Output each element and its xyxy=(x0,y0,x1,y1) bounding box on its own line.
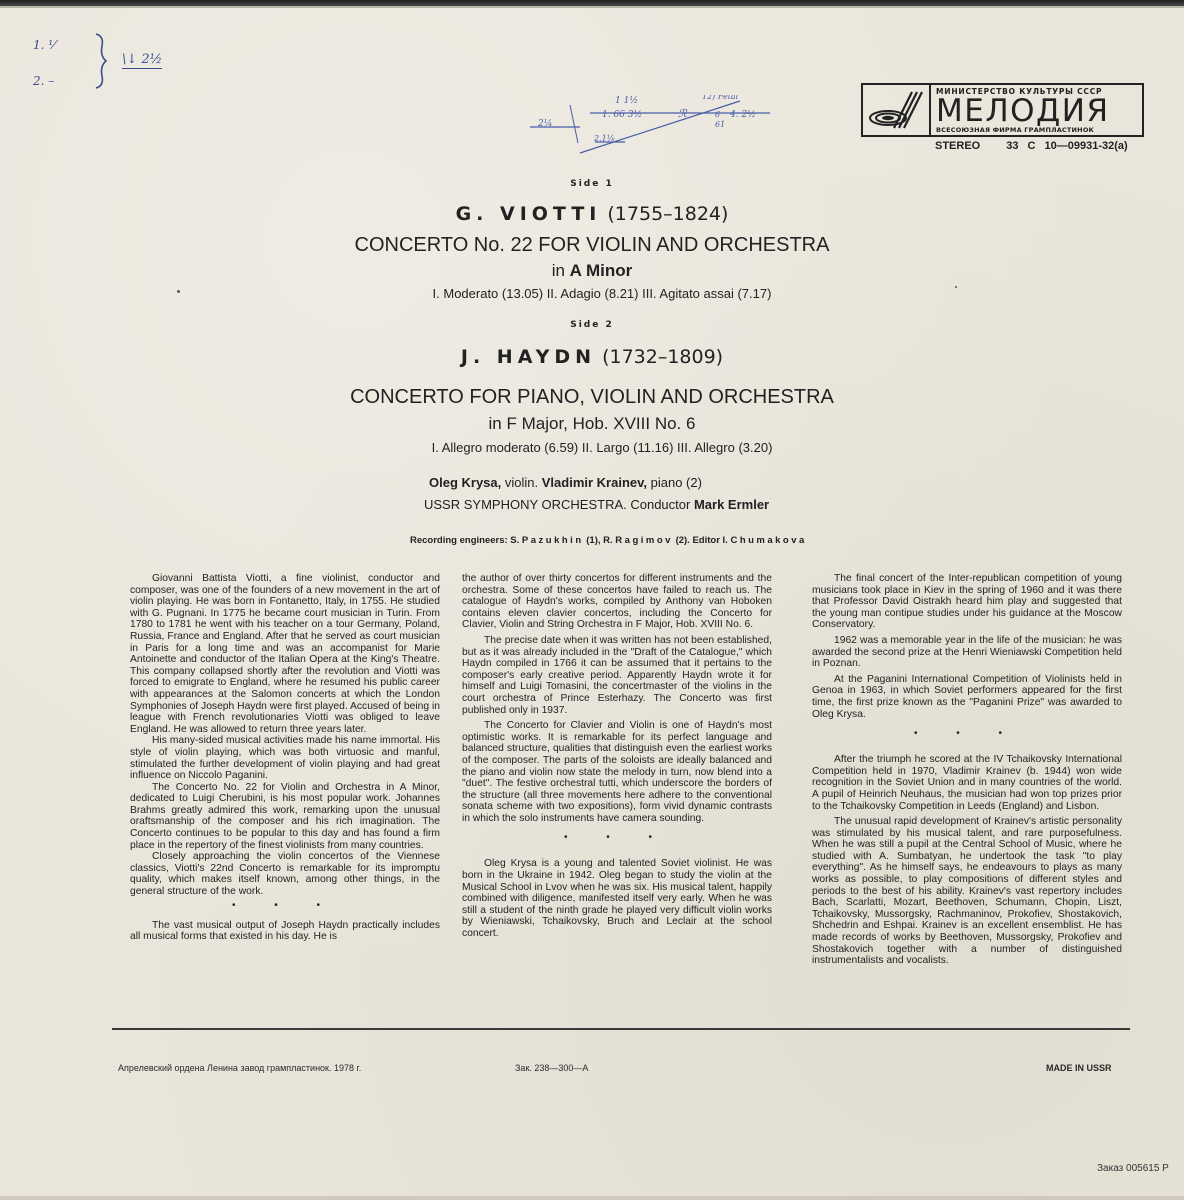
side2-composer-name: J. HAYDN xyxy=(461,346,596,368)
logo-name: МЕЛОДИЯ xyxy=(936,96,1142,126)
paper-speck xyxy=(955,286,957,288)
side1-work-title: CONCERTO No. 22 FOR VIOLIN AND ORCHESTRA xyxy=(0,234,1184,257)
liner-paragraph: 1962 was a memorable year in the life of… xyxy=(812,635,1122,670)
pressing-plant: Апрелевский ордена Ленина завод грамплас… xyxy=(118,1063,361,1073)
liner-paragraph: At the Paganini International Competitio… xyxy=(812,674,1122,720)
catalog-info: STEREO33 C 10—09931-32(a) xyxy=(935,140,1128,152)
logo-firm-text: ВСЕСОЮЗНАЯ ФИРМА ГРАМПЛАСТИНОК xyxy=(936,126,1142,134)
engineer2-name: Ragimov xyxy=(615,535,673,546)
liner-notes-column-1: Giovanni Battista Viotti, a fine violini… xyxy=(130,573,440,943)
liner-paragraph: The Concerto No. 22 for Violin and Orche… xyxy=(130,782,440,852)
side1-composer: G. VIOTTI (1755–1824) xyxy=(0,203,1184,225)
paper-speck xyxy=(177,290,180,293)
side1-movements: I. Moderato (13.05) II. Adagio (8.21) II… xyxy=(0,286,1184,301)
liner-paragraph: Oleg Krysa is a young and talented Sovie… xyxy=(462,858,772,939)
side1-key-prefix: in xyxy=(552,261,565,280)
liner-paragraph: The unusual rapid development of Krainev… xyxy=(812,816,1122,967)
side1-composer-name: G. VIOTTI xyxy=(456,203,602,225)
liner-paragraph: Closely approaching the violin concertos… xyxy=(130,851,440,897)
liner-paragraph: The Concerto for Clavier and Violin is o… xyxy=(462,720,772,824)
liner-paragraph: His many-sided musical activities made h… xyxy=(130,735,440,781)
liner-paragraph: the author of over thirty concertos for … xyxy=(462,573,772,631)
side2-work-title: CONCERTO FOR PIANO, VIOLIN AND ORCHESTRA xyxy=(0,386,1184,409)
liner-notes-column-2: the author of over thirty concertos for … xyxy=(462,573,772,940)
svg-text:1 1½: 1 1½ xyxy=(615,95,638,106)
svg-text:4. 2½: 4. 2½ xyxy=(729,109,756,120)
handwritten-brace-icon xyxy=(92,32,110,90)
svg-text:1. 66 3½: 1. 66 3½ xyxy=(602,109,642,120)
credits-prefix: Recording engineers: S. xyxy=(410,535,519,546)
melodiya-record-icon xyxy=(863,85,929,135)
liner-paragraph: The vast musical output of Joseph Haydn … xyxy=(130,920,440,943)
engineer2-side: (2). Editor I. xyxy=(676,535,728,546)
side2-composer-dates: (1732–1809) xyxy=(602,346,723,368)
sleeve-bottom-edge xyxy=(0,1196,1184,1200)
side2-label: Side 2 xyxy=(0,320,1184,330)
side1-key-value: A Minor xyxy=(570,261,633,280)
recording-credits: Recording engineers: S. Pazukhin (1), R.… xyxy=(410,535,807,546)
violinist-role: violin. xyxy=(505,475,538,490)
editor-name: Chumakova xyxy=(730,535,806,546)
sleeve-top-shadow xyxy=(0,6,1184,8)
liner-notes-column-3: The final concert of the Inter-republica… xyxy=(812,573,1122,967)
footer-rule xyxy=(112,1028,1130,1030)
liner-paragraph: Giovanni Battista Viotti, a fine violini… xyxy=(130,573,440,735)
side1-label: Side 1 xyxy=(0,179,1184,189)
svg-text:2.1⅛: 2.1⅛ xyxy=(593,134,615,143)
handwritten-brace-value: \↓ 2½ xyxy=(122,52,162,69)
svg-text:ℛ: ℛ xyxy=(678,107,688,120)
melodiya-logo: МИНИСТЕРСТВО КУЛЬТУРЫ СССР МЕЛОДИЯ ВСЕСО… xyxy=(861,83,1144,137)
made-in-label: MADE IN USSR xyxy=(1046,1063,1112,1073)
side1-key: in A Minor xyxy=(0,261,1184,281)
pianist-role: piano (2) xyxy=(651,475,702,490)
liner-paragraph: After the triumph he scored at the IV Tc… xyxy=(812,754,1122,812)
format-label: STEREO xyxy=(935,140,980,152)
order-code: Зак. 238—300—А xyxy=(515,1063,588,1073)
side2-key-line: in F Major, Hob. XVIII No. 6 xyxy=(0,414,1184,434)
pianist-name: Vladimir Krainev, xyxy=(542,475,647,490)
side1-composer-dates: (1755–1824) xyxy=(607,203,728,225)
svg-text:61: 61 xyxy=(715,120,725,129)
catalog-number: 33 C 10—09931-32(a) xyxy=(1006,140,1127,152)
conductor-name: Mark Ermler xyxy=(694,497,769,512)
liner-paragraph: The final concert of the Inter-republica… xyxy=(812,573,1122,631)
orchestra-name: USSR SYMPHONY ORCHESTRA. Conductor xyxy=(424,497,690,512)
handwritten-note-line2: 2. – xyxy=(33,74,54,88)
handwritten-scribble: 1 1½ 1. 66 3½ ℛ 12) Fetal 6 61 4. 2½ 2¼ … xyxy=(530,95,770,155)
section-separator: • • • xyxy=(130,900,440,912)
orchestra-line: USSR SYMPHONY ORCHESTRA. Conductor Mark … xyxy=(424,497,769,512)
side2-movements: I. Allegro moderato (6.59) II. Largo (11… xyxy=(0,440,1184,455)
side2-composer: J. HAYDN (1732–1809) xyxy=(0,346,1184,368)
handwritten-note-line1: 1. ⅟ xyxy=(33,38,55,52)
engineer1-side: (1), R. xyxy=(586,535,612,546)
svg-text:2¼: 2¼ xyxy=(537,118,552,129)
violinist-name: Oleg Krysa, xyxy=(429,475,501,490)
engineer1-name: Pazukhin xyxy=(522,535,584,546)
soloists-line: Oleg Krysa, violin. Vladimir Krainev, pi… xyxy=(429,475,702,490)
section-separator: • • • xyxy=(812,728,1122,740)
liner-paragraph: The precise date when it was written has… xyxy=(462,635,772,716)
order-stamp: Заказ 005615 Р xyxy=(1097,1163,1169,1174)
section-separator: • • • xyxy=(462,832,772,844)
svg-text:12) Fetal: 12) Fetal xyxy=(702,95,739,101)
svg-text:6: 6 xyxy=(715,110,720,119)
